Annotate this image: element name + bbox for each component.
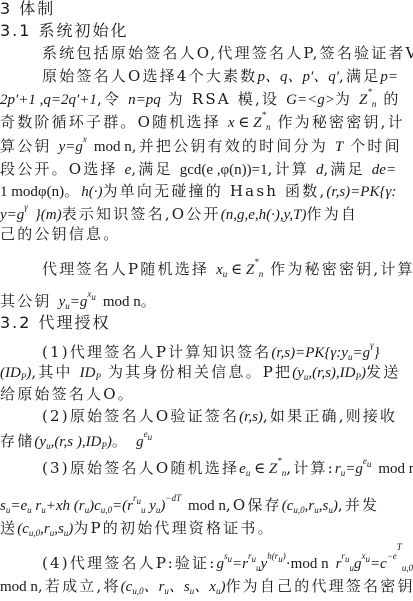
text: 作为秘密密钥,计 <box>277 113 404 131</box>
math: y=gx <box>59 139 87 155</box>
math: xu ∈ Z*n <box>216 262 263 278</box>
paragraph-line: 段公开。O选择 e,满足 gcd(e ,φ(n))=1,计算 d,满足 de= <box>0 160 413 178</box>
math: (cu,0,ru,su) <box>282 498 338 514</box>
math: (IDP) <box>0 365 31 381</box>
math: geu <box>136 434 152 450</box>
math: rruugxu=c−eTu,0 <box>336 556 413 572</box>
math: T <box>335 139 343 155</box>
math: (cu,0、ru、su、xu) <box>121 579 226 595</box>
text: 作为自 <box>307 205 359 223</box>
math: gcd(e ,φ(n))=1 <box>180 162 268 178</box>
math: y=gγ <box>0 207 28 223</box>
math: G=<g> <box>286 92 335 108</box>
paragraph-line: 送(cu,0,ru,su)为P的初始代理资格证书。 <box>0 519 413 537</box>
paragraph-line: 原始签名人O选择4个大素数p、q、p′、q′,满足p= <box>0 67 413 85</box>
paragraph-line: (2)原始签名人O验证签名(r,s),如果正确,则接收 <box>0 407 413 425</box>
subsection-title-system-init: 3.1 系统初始化 <box>0 22 413 40</box>
text: ,满足 <box>323 160 364 178</box>
text: 为 RSA 模,设 <box>168 90 280 108</box>
paragraph-line: (4)代理签名人P:验证:gsu=rruuyh(ru)·mod n rruugx… <box>0 547 413 565</box>
math: mod n <box>188 498 226 514</box>
math: mod n <box>103 294 141 310</box>
paragraph-line: 1 modφ(n)。h(·)为单向无碰撞的 Hash 函数,(r,s)=PK{γ… <box>0 182 413 200</box>
paragraph-line: 算公钥 y=gx mod n,并把公钥有效的时间分为 T 个时间 <box>0 137 413 155</box>
math: (cu,0,ru,su) <box>17 521 73 537</box>
math: su=eu ru+xh (ru)cu,0=(rruu yu)−dT <box>0 498 181 514</box>
text: 为单向无碰撞的 Hash 函数, <box>103 182 327 200</box>
math: p= <box>380 69 398 85</box>
text: 其公钥 <box>0 292 52 310</box>
text: ,满足 <box>339 67 380 85</box>
text: 表示知识签名,O公开 <box>62 205 221 223</box>
text: 发送 <box>366 363 400 381</box>
text: (4)代理签名人P:验证: <box>42 554 217 572</box>
math: IDP <box>80 365 101 381</box>
paragraph-line: 2p′+1 ,q=2q′+1,令 n=pq 为 RSA 模,设 G=<g>为 Z… <box>0 90 413 108</box>
text: 的 <box>383 90 400 108</box>
text: ,令 <box>97 90 121 108</box>
text: 系统包括原始签名人O,代理签名人P,签名验证者V。 <box>42 44 413 62</box>
math: p、q、p′、q′ <box>257 69 339 85</box>
text: ,计算 <box>268 160 309 178</box>
math: de= <box>372 162 396 178</box>
text: 为P的初始代理资格证书。 <box>73 519 275 537</box>
math: }(m) <box>35 207 62 223</box>
math: ·mod n <box>286 556 329 572</box>
text: 为其身份相关信息。P把 <box>108 363 292 381</box>
math: 2p′+1 ,q=2q′+1 <box>0 92 97 108</box>
paragraph-line: 代理签名人P随机选择 xu ∈ Z*n 作为秘密密钥,计算 <box>0 260 413 278</box>
math: (r,s)=PK{γ:yu=gγ} <box>271 345 379 361</box>
paragraph-line: (3)原始签名人O随机选择eu ∈ Z*n,计算:ru=geu mod n , <box>0 459 413 477</box>
text: 代理签名人P随机选择 <box>42 260 209 278</box>
paragraph-line: mod n,若成立,将(cu,0、ru、su、xu)作为自己的代理签名密钥。 <box>0 577 413 595</box>
text: (1)代理签名人P计算知识签名 <box>42 343 271 361</box>
text: (2)原始签名人O验证签名 <box>42 407 239 425</box>
text: 奇数阶循环子群。O随机选择 <box>0 113 221 131</box>
paragraph-line: 己的公钥信息。 <box>0 225 413 243</box>
paragraph-line: 系统包括原始签名人O,代理签名人P,签名验证者V。 <box>0 44 413 62</box>
paragraph-line: 存储(yu,(r,s ),IDP)。 geu <box>0 432 413 450</box>
text: 原始签名人O选择4个大素数 <box>42 67 257 85</box>
math: ru=geu <box>335 461 371 477</box>
text: ,并把公钥有效的时间分为 <box>132 137 328 155</box>
text: 算公钥 <box>0 137 52 155</box>
paragraph-line: (IDP),其中 IDP 为其身份相关信息。P把(yu,(r,s),IDP)发送 <box>0 363 413 381</box>
text: ,其中 <box>31 363 72 381</box>
text: 。 <box>112 432 129 450</box>
math: Z*n <box>359 92 376 108</box>
text: 。 <box>141 292 158 310</box>
paragraph-line: 其公钥 yu=gxu mod n。 <box>0 292 413 310</box>
subsection-title-proxy-delegation: 3.2 代理授权 <box>0 314 413 332</box>
text: 给原始签名人O。 <box>0 385 135 403</box>
text: ,O保存 <box>226 496 282 514</box>
text: ,计算: <box>286 459 335 477</box>
math: x ∈ Z*n <box>228 115 271 131</box>
math: mod n , <box>378 461 413 477</box>
paragraph-line: (1)代理签名人P计算知识签名(r,s)=PK{γ:yu=gγ} <box>0 343 413 361</box>
math: (r,s)=PK{γ: <box>326 184 396 200</box>
text: ,若成立,将 <box>38 577 121 595</box>
paragraph-line: su=eu ru+xh (ru)cu,0=(rruu yu)−dT mod n,… <box>0 496 413 514</box>
paragraph-line: 给原始签名人O。 <box>0 385 413 403</box>
math: 1 modφ(n) <box>0 184 64 200</box>
math: n=pq <box>128 92 161 108</box>
text: 存储 <box>0 432 34 450</box>
math: yu=gxu <box>59 294 96 310</box>
text: ,满足 <box>131 160 172 178</box>
math: gsu=rruuyh(ru) <box>217 556 286 572</box>
text: 作为自己的代理签名密钥。 <box>225 577 413 595</box>
paragraph-line: 奇数阶循环子群。O随机选择 x ∈ Z*n 作为秘密密钥,计 <box>0 113 413 131</box>
text: ,并发 <box>338 496 379 514</box>
math: mod n <box>94 139 132 155</box>
math: (n,g,e,h(·),y,T) <box>221 207 307 223</box>
math: h(·) <box>81 184 102 200</box>
section-title: 3 体制 <box>0 0 413 18</box>
text: (3)原始签名人O随机选择 <box>42 459 239 477</box>
math: eu ∈ Z*n <box>239 461 286 477</box>
math: (yu,(r,s ),IDP) <box>34 434 112 450</box>
text: 。 <box>64 182 81 200</box>
text: 为 <box>335 90 352 108</box>
text: 个时间 <box>350 137 402 155</box>
math: (r,s) <box>239 409 263 425</box>
text: ,如果正确,则接收 <box>263 407 397 425</box>
math: (yu,(r,s),IDP) <box>292 365 366 381</box>
text: 段公开。O选择 <box>0 160 118 178</box>
math: mod n <box>0 579 38 595</box>
text: 己的公钥信息。 <box>0 225 120 243</box>
paragraph-line: y=gγ }(m)表示知识签名,O公开(n,g,e,h(·),y,T)作为自 <box>0 205 413 223</box>
text: 作为秘密密钥,计算 <box>270 260 413 278</box>
text: 送 <box>0 519 17 537</box>
